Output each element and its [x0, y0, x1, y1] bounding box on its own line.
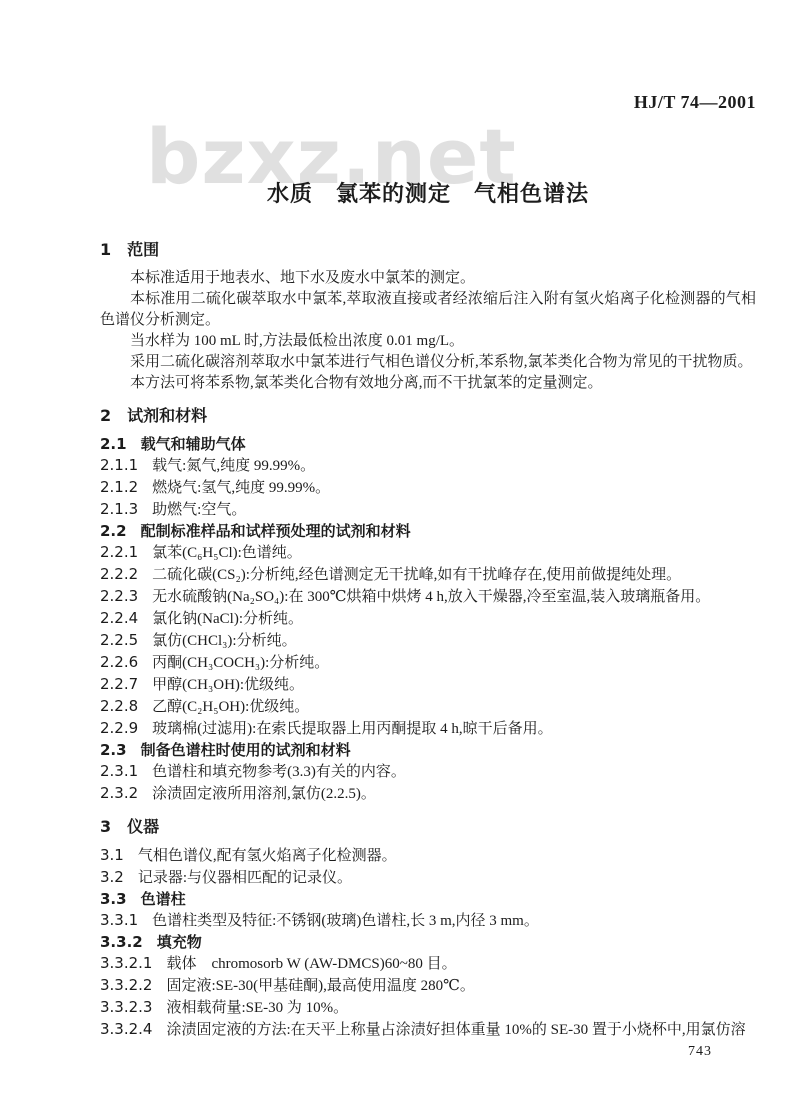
paragraph: 本方法可将苯系物,氯苯类化合物有效地分离,而不干扰氯苯的定量测定。	[100, 373, 756, 394]
clause: 2.1载气和辅助气体	[100, 434, 756, 455]
clause: 3.2记录器:与仪器相匹配的记录仪。	[100, 867, 756, 889]
clause-text: 无水硫酸钠(Na₂SO₄):在 300℃烘箱中烘烤 4 h,放入干燥器,冷至室温…	[152, 589, 710, 605]
clause-text: 助燃气:空气。	[152, 502, 246, 518]
clause: 2.2.7甲醇(CH₃OH):优级纯。	[100, 674, 756, 696]
clause-text: 范围	[127, 240, 159, 259]
clause-text: 液相载荷量:SE-30 为 10%。	[166, 1000, 348, 1016]
clause-number: 2.2.3	[100, 587, 138, 605]
clause: 2.1.1载气:氮气,纯度 99.99%。	[100, 455, 756, 477]
clause-text: 填充物	[157, 933, 202, 951]
clause-number: 3.3.2.2	[100, 976, 152, 994]
clause-number: 3.3	[100, 890, 127, 908]
clause: 2.3制备色谱柱时使用的试剂和材料	[100, 740, 756, 761]
clause-number: 2.1.2	[100, 478, 138, 496]
clause-text: 涂渍固定液的方法:在天平上称量占涂渍好担体重量 10%的 SE-30 置于小烧杯…	[166, 1022, 745, 1038]
standard-number: HJ/T 74—2001	[634, 92, 756, 113]
section-heading: 2试剂和材料	[100, 405, 756, 426]
clause-number: 3	[100, 817, 111, 836]
clause-number: 2.2.2	[100, 565, 138, 583]
clause: 3.3.2.3液相载荷量:SE-30 为 10%。	[100, 997, 756, 1019]
clause: 3.3.2.4涂渍固定液的方法:在天平上称量占涂渍好担体重量 10%的 SE-3…	[100, 1019, 756, 1041]
clause-number: 2.2.9	[100, 719, 138, 737]
clause-text: 载气:氮气,纯度 99.99%。	[152, 458, 315, 474]
clause-text: 记录器:与仪器相匹配的记录仪。	[138, 870, 352, 886]
clause-text: 燃烧气:氢气,纯度 99.99%。	[152, 480, 330, 496]
clause-number: 2.2.1	[100, 543, 138, 561]
clause-number: 3.3.2.1	[100, 954, 152, 972]
clause-number: 3.3.2	[100, 933, 143, 951]
clause-number: 2.3.1	[100, 762, 138, 780]
clause: 2.2.6丙酮(CH₃COCH₃):分析纯。	[100, 652, 756, 674]
clause-text: 载体 chromosorb W (AW-DMCS)60~80 目。	[166, 956, 456, 972]
clause: 2.2.4氯化钠(NaCl):分析纯。	[100, 608, 756, 630]
clause-text: 甲醇(CH₃OH):优级纯。	[152, 677, 304, 693]
clause: 2.3.2涂渍固定液所用溶剂,氯仿(2.2.5)。	[100, 783, 756, 805]
clause-number: 1	[100, 240, 111, 259]
clause: 2.2.3无水硫酸钠(Na₂SO₄):在 300℃烘箱中烘烤 4 h,放入干燥器…	[100, 586, 756, 608]
clause-number: 2.1.1	[100, 456, 138, 474]
clause-number: 2	[100, 406, 111, 425]
clause-text: 玻璃棉(过滤用):在索氏提取器上用丙酮提取 4 h,晾干后备用。	[152, 721, 552, 737]
clause-text: 氯仿(CHCl₃):分析纯。	[152, 633, 296, 649]
clause-text: 仪器	[127, 817, 159, 836]
clause-text: 二硫化碳(CS₂):分析纯,经色谱测定无干扰峰,如有干扰峰存在,使用前做提纯处理…	[152, 567, 681, 583]
paragraph: 本标准适用于地表水、地下水及废水中氯苯的测定。	[100, 268, 756, 289]
clause-number: 3.2	[100, 868, 124, 886]
clause-number: 3.3.2.3	[100, 998, 152, 1016]
clause-text: 色谱柱类型及特征:不锈钢(玻璃)色谱柱,长 3 m,内径 3 mm。	[152, 913, 539, 929]
clause: 2.2配制标准样品和试样预处理的试剂和材料	[100, 521, 756, 542]
clause-number: 2.1.3	[100, 500, 138, 518]
clause-text: 色谱柱和填充物参考(3.3)有关的内容。	[152, 764, 406, 780]
clause-number: 2.3.2	[100, 784, 138, 802]
clause-text: 色谱柱	[141, 890, 186, 908]
clause: 2.3.1色谱柱和填充物参考(3.3)有关的内容。	[100, 761, 756, 783]
clause: 3.3.2填充物	[100, 932, 756, 953]
document-title: 水质 氯苯的测定 气相色谱法	[100, 177, 756, 208]
clause: 3.1气相色谱仪,配有氢火焰离子化检测器。	[100, 845, 756, 867]
clause: 3.3.2.1载体 chromosorb W (AW-DMCS)60~80 目。	[100, 953, 756, 975]
clause-text: 涂渍固定液所用溶剂,氯仿(2.2.5)。	[152, 786, 376, 802]
clause-number: 2.2.8	[100, 697, 138, 715]
clause: 2.2.9玻璃棉(过滤用):在索氏提取器上用丙酮提取 4 h,晾干后备用。	[100, 718, 756, 740]
document-page: HJ/T 74—2001 bzxz.net 水质 氯苯的测定 气相色谱法 1范围…	[0, 0, 800, 1110]
clause-number: 3.3.1	[100, 911, 138, 929]
section-heading: 3仪器	[100, 816, 756, 837]
clause-number: 3.1	[100, 846, 124, 864]
clause-number: 2.2.7	[100, 675, 138, 693]
clause-number: 2.2.5	[100, 631, 138, 649]
clause-number: 2.3	[100, 741, 127, 759]
paragraph: 采用二硫化碳溶剂萃取水中氯苯进行气相色谱仪分析,苯系物,氯苯类化合物为常见的干扰…	[100, 352, 756, 373]
clause-text: 试剂和材料	[127, 406, 207, 425]
clause: 2.1.3助燃气:空气。	[100, 499, 756, 521]
clause-text: 丙酮(CH₃COCH₃):分析纯。	[152, 655, 329, 671]
clause-text: 固定液:SE-30(甲基硅酮),最高使用温度 280℃。	[166, 978, 474, 994]
clause-text: 配制标准样品和试样预处理的试剂和材料	[141, 522, 411, 540]
clause-text: 制备色谱柱时使用的试剂和材料	[141, 741, 351, 759]
page-number: 743	[688, 1044, 712, 1060]
paragraph: 本标准用二硫化碳萃取水中氯苯,萃取液直接或者经浓缩后注入附有氢火焰离子化检测器的…	[100, 289, 756, 331]
clause-number: 2.1	[100, 435, 127, 453]
clause: 2.2.2二硫化碳(CS₂):分析纯,经色谱测定无干扰峰,如有干扰峰存在,使用前…	[100, 564, 756, 586]
clause-text: 载气和辅助气体	[141, 435, 246, 453]
clause-text: 气相色谱仪,配有氢火焰离子化检测器。	[138, 848, 397, 864]
clause-text: 氯化钠(NaCl):分析纯。	[152, 611, 303, 627]
clause: 3.3.1色谱柱类型及特征:不锈钢(玻璃)色谱柱,长 3 m,内径 3 mm。	[100, 910, 756, 932]
clause-text: 氯苯(C₆H₅Cl):色谱纯。	[152, 545, 302, 561]
clause-number: 2.2.6	[100, 653, 138, 671]
clause: 2.2.5氯仿(CHCl₃):分析纯。	[100, 630, 756, 652]
clause: 2.2.8乙醇(C₂H₅OH):优级纯。	[100, 696, 756, 718]
clause: 2.1.2燃烧气:氢气,纯度 99.99%。	[100, 477, 756, 499]
clause-number: 3.3.2.4	[100, 1020, 152, 1038]
clause: 2.2.1氯苯(C₆H₅Cl):色谱纯。	[100, 542, 756, 564]
section-heading: 1范围	[100, 239, 756, 260]
clause: 3.3.2.2固定液:SE-30(甲基硅酮),最高使用温度 280℃。	[100, 975, 756, 997]
clause: 3.3色谱柱	[100, 889, 756, 910]
clause-number: 2.2.4	[100, 609, 138, 627]
document-body: 1范围本标准适用于地表水、地下水及废水中氯苯的测定。本标准用二硫化碳萃取水中氯苯…	[100, 228, 756, 1041]
clause-number: 2.2	[100, 522, 127, 540]
clause-text: 乙醇(C₂H₅OH):优级纯。	[152, 699, 309, 715]
paragraph: 当水样为 100 mL 时,方法最低检出浓度 0.01 mg/L。	[100, 331, 756, 352]
